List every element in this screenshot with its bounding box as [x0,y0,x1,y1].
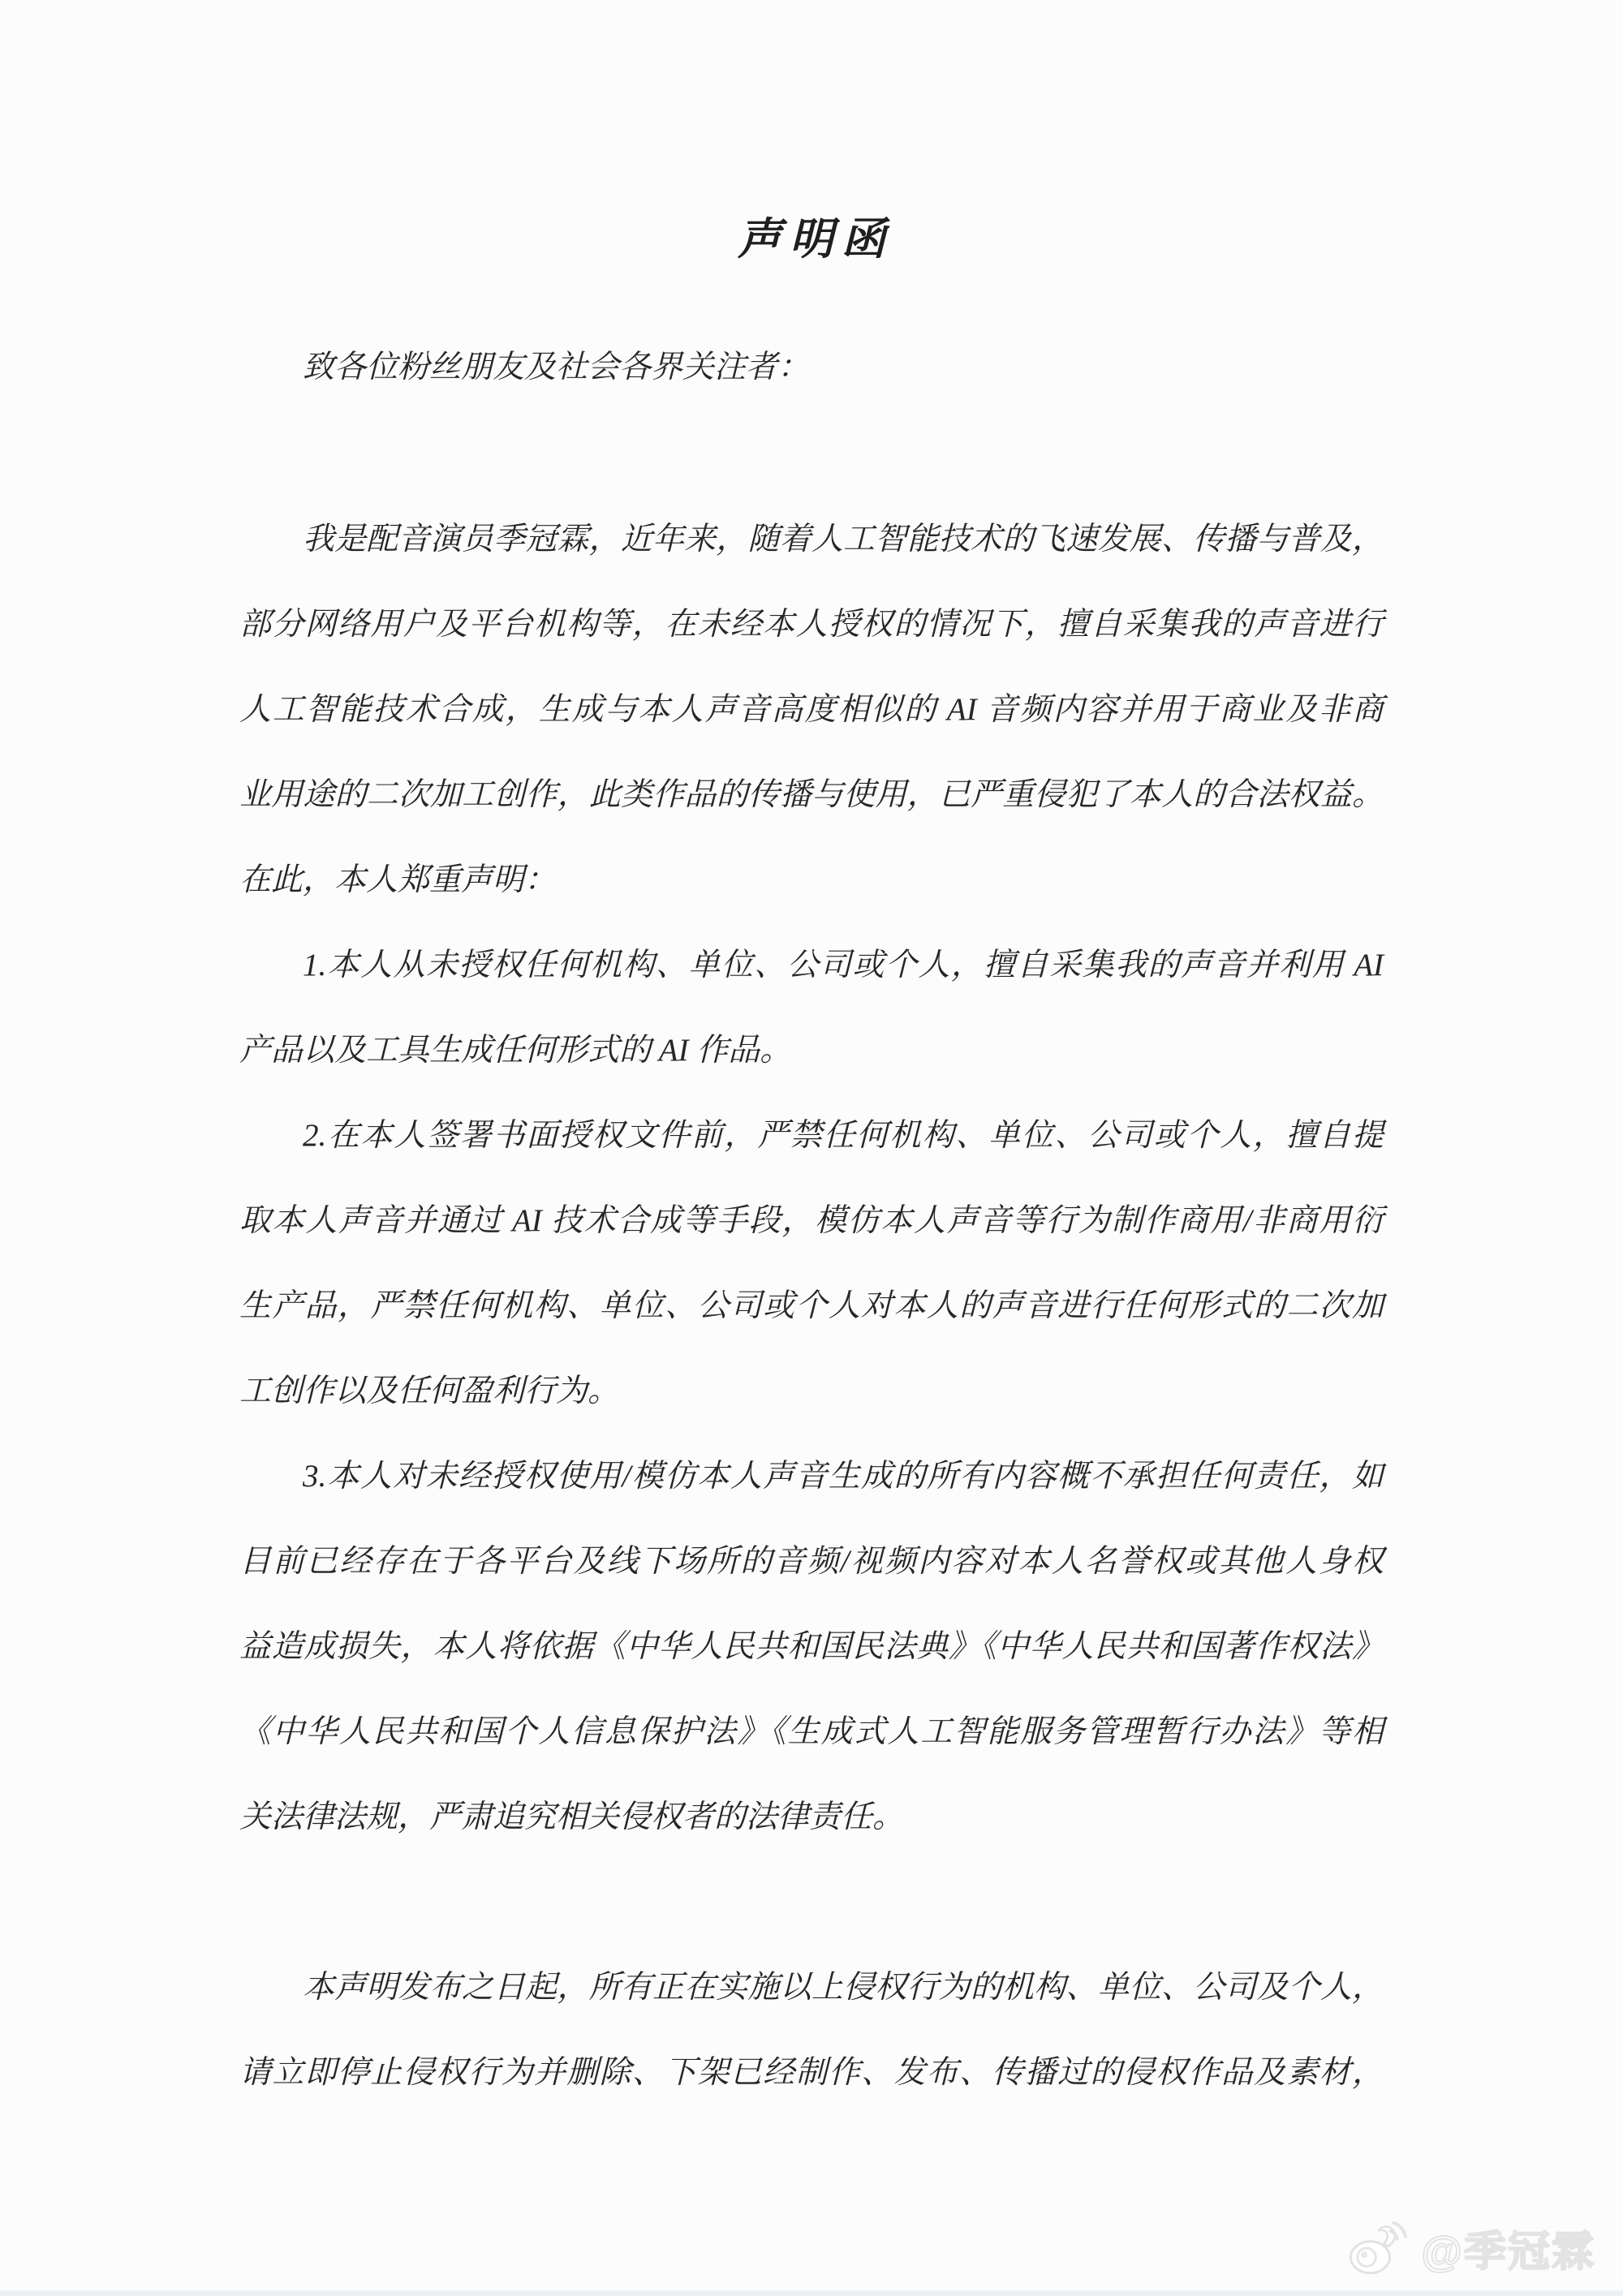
document-line: 我是配音演员季冠霖，近年来，随着人工智能技术的飞速发展、传播与普及， [239,497,1384,582]
document-line: 生产品，严禁任何机构、单位、公司或个人对本人的声音进行任何形式的二次加 [239,1263,1384,1348]
statement-letter-page: 声明函 致各位粉丝朋友及社会各界关注者： 我是配音演员季冠霖，近年来，随着人工智… [0,0,1623,2296]
page-bottom-edge [0,2290,1623,2296]
document-line: 益造成损失，本人将依据《中华人民共和国民法典》《中华人民共和国著作权法》 [239,1604,1384,1689]
document-title: 声明函 [0,204,1623,267]
document-line: 本声明发布之日起，所有正在实施以上侵权行为的机构、单位、公司及个人， [239,1945,1384,2030]
document-line: 部分网络用户及平台机构等，在未经本人授权的情况下，擅自采集我的声音进行 [239,582,1384,667]
document-line: 2.在本人签署书面授权文件前，严禁任何机构、单位、公司或个人，擅自提 [239,1093,1384,1178]
document-line: 请立即停止侵权行为并删除、下架已经制作、发布、传播过的侵权作品及素材， [239,2030,1384,2115]
document-line: 人工智能技术合成，生成与本人声音高度相似的 AI 音频内容并用于商业及非商 [239,667,1384,752]
document-line: 《中华人民共和国个人信息保护法》《生成式人工智能服务管理暂行办法》等相 [239,1689,1384,1774]
document-line: 工创作以及任何盈利行为。 [239,1348,1384,1434]
document-salutation: 致各位粉丝朋友及社会各界关注者： [239,325,1384,410]
document-line: 目前已经存在于各平台及线下场所的音频/视频内容对本人名誉权或其他人身权 [239,1519,1384,1604]
document-line: 产品以及工具生成任何形式的 AI 作品。 [239,1008,1384,1093]
document-line: 取本人声音并通过 AI 技术合成等手段，模仿本人声音等行为制作商用/非商用衍 [239,1178,1384,1263]
document-body: 我是配音演员季冠霖，近年来，随着人工智能技术的飞速发展、传播与普及，部分网络用户… [239,497,1384,2115]
document-line: 在此，本人郑重声明： [239,837,1384,922]
weibo-handle: @季冠霖 [1421,2217,1595,2278]
document-line: 业用途的二次加工创作，此类作品的传播与使用，已严重侵犯了本人的合法权益。 [239,752,1384,837]
document-line: 关法律法规，严肃追究相关侵权者的法律责任。 [239,1774,1384,1860]
document-line: 3.本人对未经授权使用/模仿本人声音生成的所有内容概不承担任何责任，如 [239,1434,1384,1519]
document-line: 1.本人从未授权任何机构、单位、公司或个人，擅自采集我的声音并利用 AI [239,922,1384,1008]
weibo-watermark: @季冠霖 [1345,2217,1595,2278]
weibo-icon [1345,2218,1413,2278]
